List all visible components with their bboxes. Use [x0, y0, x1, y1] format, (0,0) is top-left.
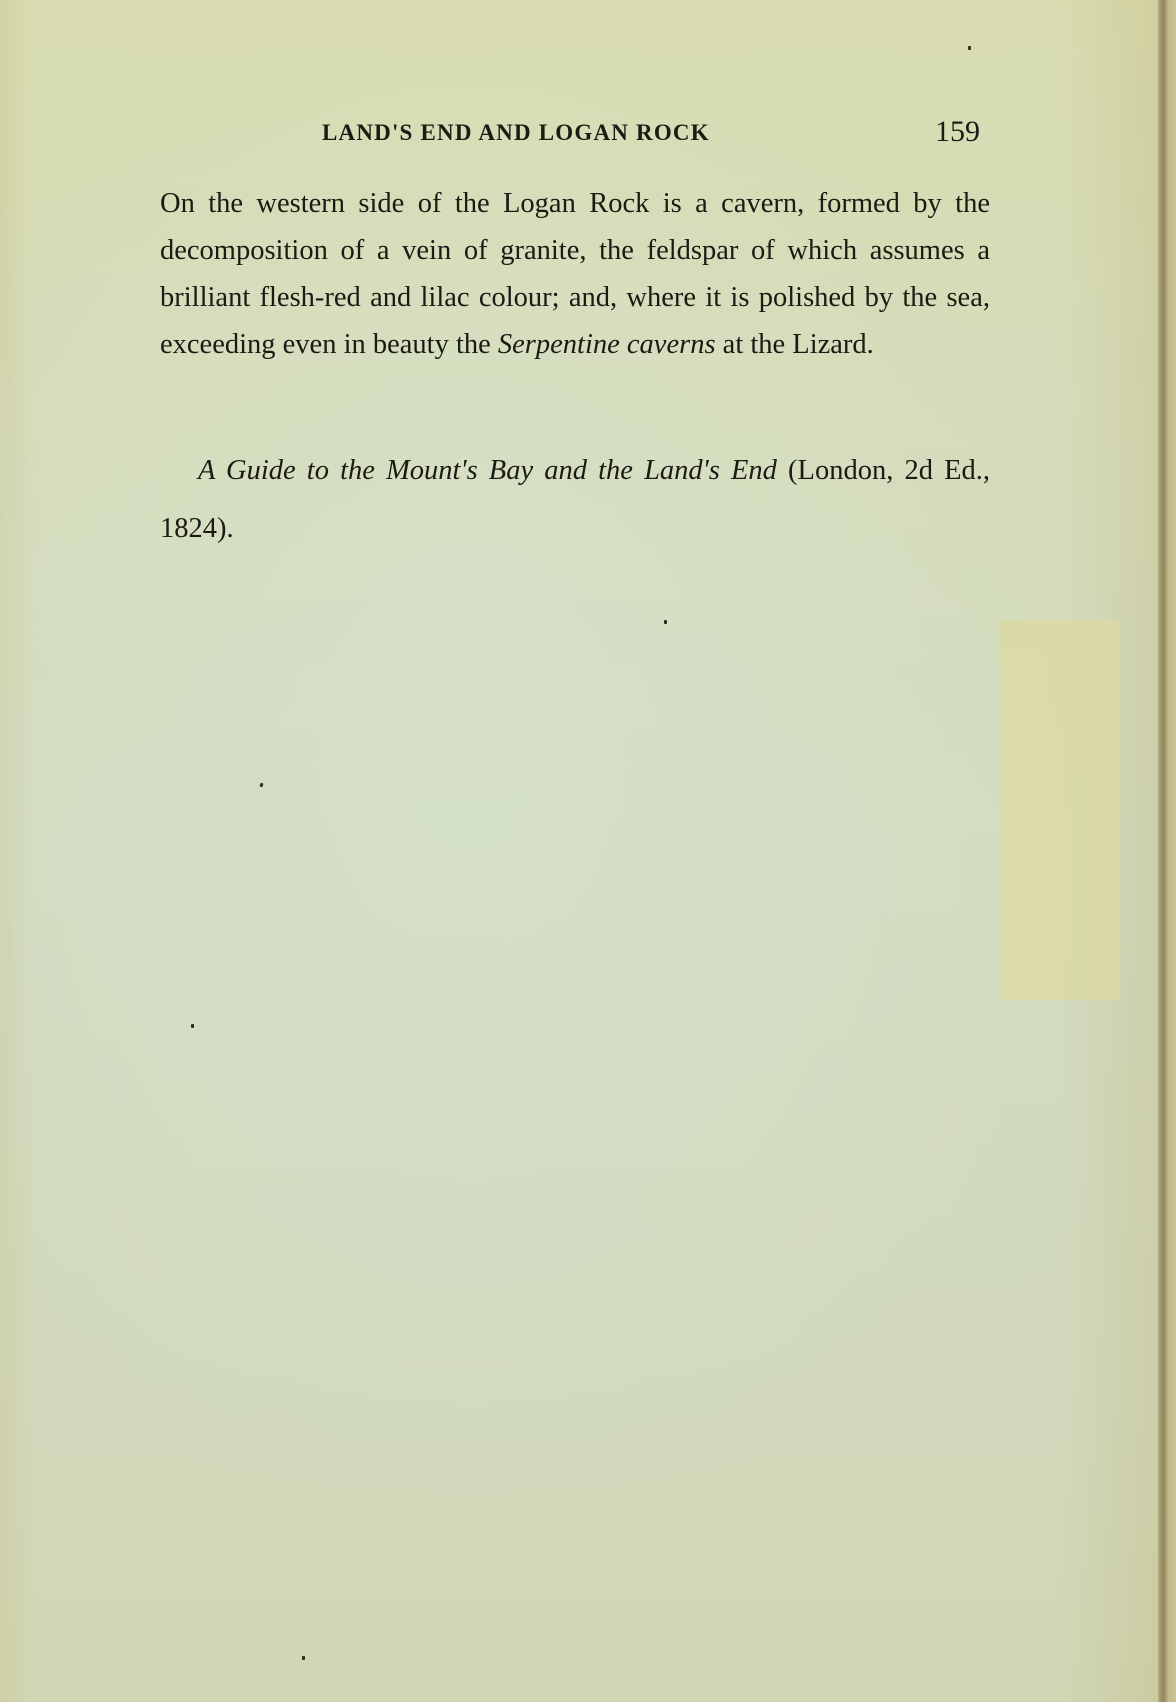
scan-speck	[664, 620, 667, 624]
citation-title: A Guide to the Mount's Bay and the Land'…	[198, 455, 777, 486]
paragraph-italic: Serpentine caverns	[498, 329, 716, 360]
body-paragraph: On the western side of the Logan Rock is…	[160, 180, 990, 368]
scan-speck	[302, 1656, 305, 1660]
scan-speck	[968, 46, 971, 50]
book-spine-edge	[1158, 0, 1176, 1702]
source-citation: A Guide to the Mount's Bay and the Land'…	[160, 442, 990, 558]
page-number: 159	[935, 115, 980, 149]
paragraph-text-end: at the Lizard.	[716, 329, 874, 360]
running-head: LAND'S END AND LOGAN ROCK	[322, 120, 710, 146]
scan-speck	[191, 1024, 194, 1028]
scan-glare	[1000, 620, 1120, 1000]
